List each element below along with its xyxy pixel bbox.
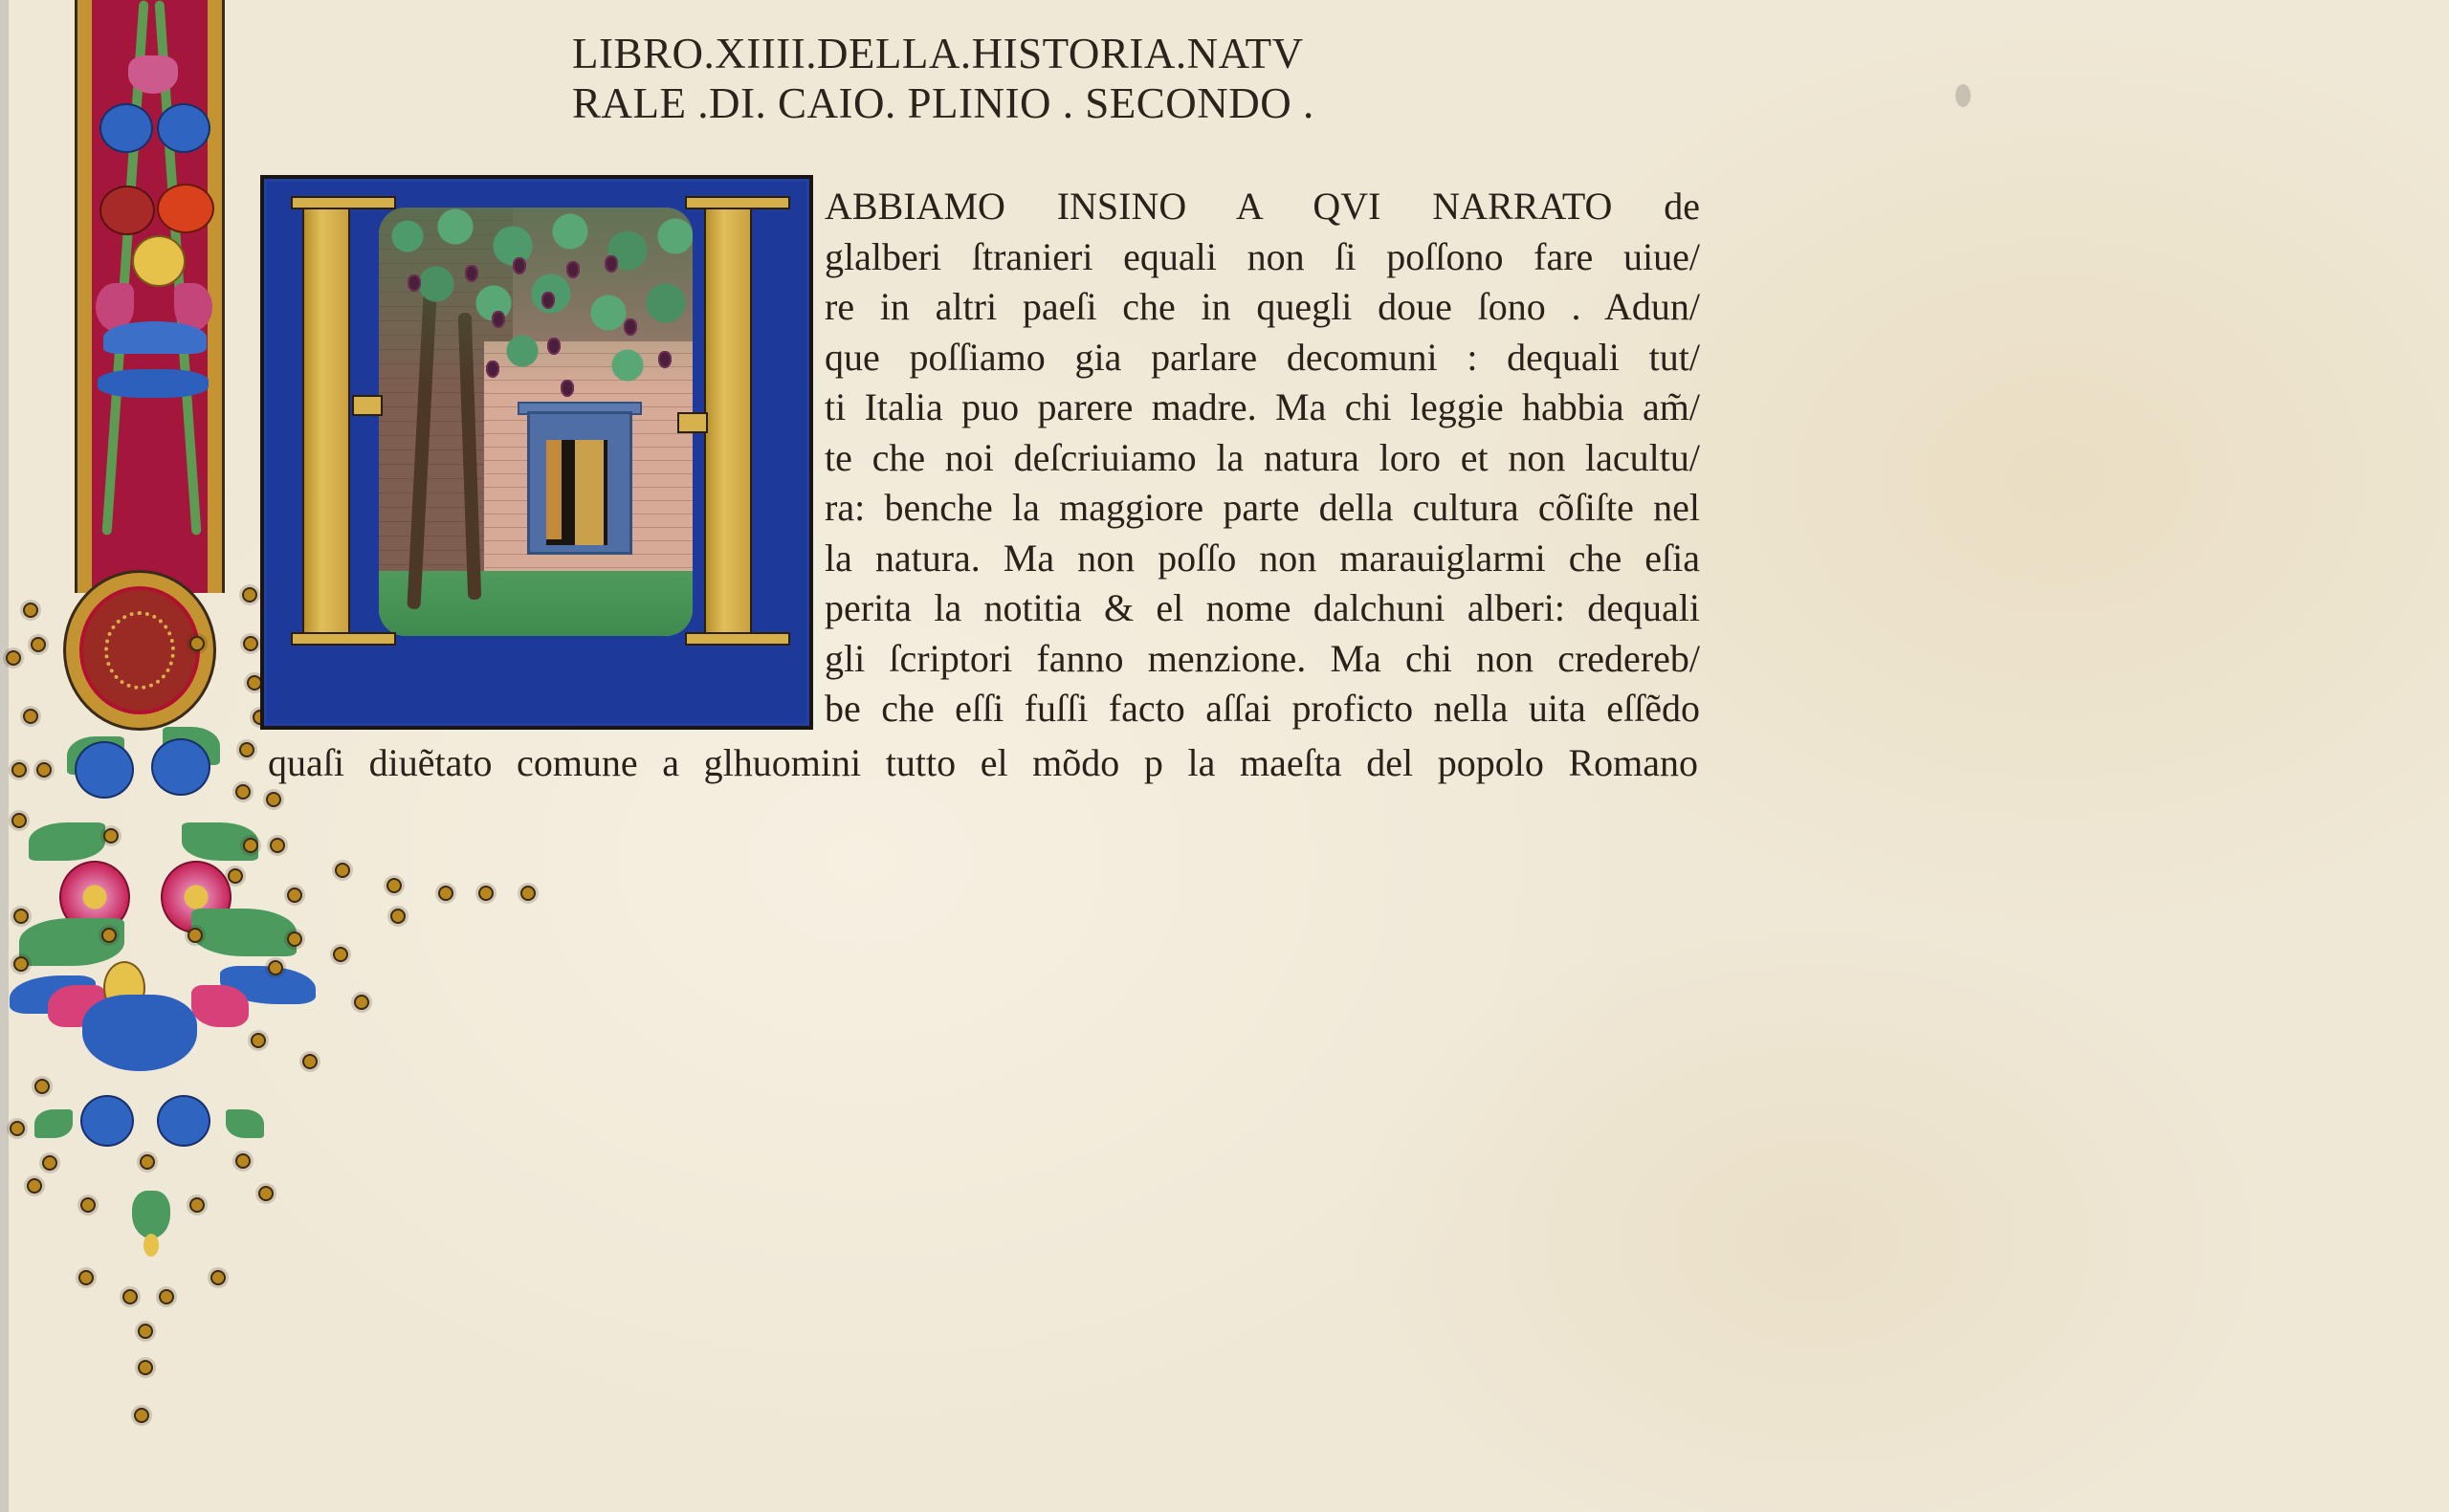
running-title: LIBRO.XIIII.DELLA.HISTORIA.NATV RALE .DI… bbox=[572, 29, 1433, 128]
pink-flower-icon bbox=[128, 55, 178, 94]
running-title-line-1: LIBRO.XIIII.DELLA.HISTORIA.NATV bbox=[572, 29, 1433, 78]
text-line: que poſſiamo gia parlare decomuni : dequ… bbox=[825, 333, 1700, 383]
gold-dot-icon bbox=[390, 909, 406, 924]
gold-knot-icon bbox=[104, 611, 175, 690]
bud-icon bbox=[132, 1191, 170, 1238]
blue-flower-icon bbox=[157, 1095, 210, 1147]
blue-flower-icon bbox=[151, 738, 210, 796]
initial-h-crossbar bbox=[352, 395, 383, 416]
gold-dot-icon bbox=[189, 636, 205, 651]
gold-dot-icon bbox=[23, 709, 38, 724]
gold-dot-icon bbox=[189, 1197, 205, 1213]
blue-acanthus-icon bbox=[82, 995, 197, 1071]
text-line: be che eſſi fuſſi facto aſſai proficto n… bbox=[825, 684, 1700, 734]
grape-cluster-icon bbox=[408, 274, 421, 292]
gold-dot-icon bbox=[159, 1289, 174, 1304]
grape-cluster-icon bbox=[658, 351, 672, 368]
gold-dot-icon bbox=[335, 863, 350, 878]
gold-dot-icon bbox=[122, 1289, 138, 1304]
initial-h-crossbar bbox=[677, 412, 708, 433]
leaf-icon bbox=[226, 1109, 264, 1138]
gold-dot-icon bbox=[27, 1178, 42, 1194]
gold-dot-icon bbox=[251, 1033, 266, 1048]
grape-cluster-icon bbox=[465, 265, 478, 282]
red-flower-icon bbox=[157, 184, 214, 233]
initial-miniature-scene bbox=[379, 208, 693, 636]
gold-dot-icon bbox=[228, 868, 243, 884]
gold-dot-icon bbox=[11, 762, 27, 778]
text-line-full-width: quaſi diuẽtato comune a glhuomini tutto … bbox=[268, 738, 1698, 788]
gold-dot-icon bbox=[134, 1408, 149, 1423]
gold-dot-icon bbox=[34, 1079, 50, 1094]
leaf-icon bbox=[191, 909, 297, 956]
manuscript-page: LIBRO.XIIII.DELLA.HISTORIA.NATV RALE .DI… bbox=[0, 0, 2449, 1512]
grape-cluster-icon bbox=[541, 292, 555, 309]
grape-cluster-icon bbox=[561, 380, 574, 397]
initial-h-right-stroke bbox=[704, 196, 752, 646]
gold-dot-icon bbox=[333, 947, 348, 962]
text-line: perita la notitia & el nome dalchuni alb… bbox=[825, 583, 1700, 634]
body-text: ABBIAMO INSINO A QVI NARRATO de glalberi… bbox=[825, 182, 1705, 734]
gold-dot-icon bbox=[438, 886, 453, 901]
pink-acanthus-icon bbox=[191, 985, 249, 1027]
grape-cluster-icon bbox=[605, 255, 618, 273]
gold-dot-icon bbox=[11, 813, 27, 828]
gold-dot-icon bbox=[23, 603, 38, 618]
gold-dot-icon bbox=[31, 637, 46, 652]
gold-dot-icon bbox=[235, 1153, 251, 1169]
initial-h-left-stroke bbox=[302, 196, 350, 646]
blue-acanthus-icon bbox=[103, 321, 207, 354]
gold-dot-icon bbox=[10, 1121, 25, 1136]
door-leaf-icon bbox=[546, 440, 562, 539]
gold-dot-icon bbox=[478, 886, 494, 901]
yellow-flower-icon bbox=[132, 235, 186, 287]
gold-dot-icon bbox=[287, 887, 302, 903]
gold-dot-icon bbox=[13, 956, 29, 972]
gold-dot-icon bbox=[243, 838, 258, 853]
paper-wormhole bbox=[1955, 84, 1971, 107]
gold-dot-icon bbox=[239, 742, 254, 757]
text-line: re in altri paeſi che in quegli doue ſon… bbox=[825, 282, 1700, 333]
leaf-icon bbox=[29, 822, 105, 861]
gold-dot-icon bbox=[78, 1270, 94, 1285]
gold-dot-icon bbox=[242, 587, 257, 603]
blue-flower-icon bbox=[157, 103, 210, 153]
gold-dot-icon bbox=[386, 878, 402, 893]
gold-dot-icon bbox=[42, 1155, 57, 1171]
gold-dot-icon bbox=[188, 928, 203, 943]
grape-cluster-icon bbox=[492, 311, 505, 328]
grape-cluster-icon bbox=[486, 361, 499, 378]
grape-cluster-icon bbox=[547, 338, 561, 355]
door-leaf-icon bbox=[575, 440, 604, 545]
blue-flower-icon bbox=[80, 1095, 134, 1147]
border-band-ground bbox=[92, 0, 208, 593]
blue-acanthus-icon bbox=[98, 369, 209, 398]
gold-dot-icon bbox=[287, 931, 302, 947]
blue-flower-icon bbox=[99, 103, 153, 153]
gold-dot-icon bbox=[243, 636, 258, 651]
gold-dot-icon bbox=[302, 1054, 318, 1069]
grape-cluster-icon bbox=[566, 261, 580, 278]
gold-dot-icon bbox=[36, 762, 52, 778]
gold-dot-icon bbox=[268, 960, 283, 975]
gold-dot-icon bbox=[270, 838, 285, 853]
gold-dot-icon bbox=[140, 1154, 155, 1170]
gold-dot-icon bbox=[6, 650, 21, 666]
gold-dot-icon bbox=[354, 995, 369, 1010]
grape-cluster-icon bbox=[513, 257, 526, 274]
leaf-icon bbox=[34, 1109, 73, 1138]
gold-dot-icon bbox=[520, 886, 536, 901]
red-flower-icon bbox=[99, 186, 155, 235]
gold-dot-icon bbox=[80, 1197, 96, 1213]
text-line: ti Italia puo parere madre. Ma chi leggi… bbox=[825, 383, 1700, 433]
text-line: ra: benche la maggiore parte della cultu… bbox=[825, 483, 1700, 534]
gold-dot-icon bbox=[235, 784, 251, 800]
grape-cluster-icon bbox=[624, 318, 637, 336]
text-line: ABBIAMO INSINO A QVI NARRATO de bbox=[825, 182, 1700, 232]
page-edge bbox=[0, 0, 9, 1512]
grapevine-pergola bbox=[379, 208, 693, 389]
text-line: te che noi deſcriuiamo la natura loro et… bbox=[825, 433, 1700, 484]
gold-dot-icon bbox=[266, 792, 281, 807]
illuminated-initial-h bbox=[260, 175, 813, 730]
gold-bud-icon bbox=[143, 1234, 159, 1257]
gold-dot-icon bbox=[210, 1270, 226, 1285]
gold-dot-icon bbox=[101, 928, 117, 943]
text-line: glalberi ſtranieri equali non ſi poſſono… bbox=[825, 232, 1700, 283]
gold-dot-icon bbox=[138, 1324, 153, 1339]
gold-dot-icon bbox=[138, 1360, 153, 1375]
gold-dot-icon bbox=[103, 828, 119, 844]
text-line: gli ſcriptori fanno menzione. Ma chi non… bbox=[825, 634, 1700, 685]
gold-dot-icon bbox=[258, 1186, 274, 1201]
illuminated-border-band bbox=[75, 0, 225, 593]
scene-lawn bbox=[379, 571, 693, 636]
gold-dot-icon bbox=[13, 909, 29, 924]
text-line: la natura. Ma non poſſo non marauiglarmi… bbox=[825, 534, 1700, 584]
running-title-line-2: RALE .DI. CAIO. PLINIO . SECONDO . bbox=[572, 78, 1433, 128]
blue-flower-icon bbox=[75, 741, 134, 799]
